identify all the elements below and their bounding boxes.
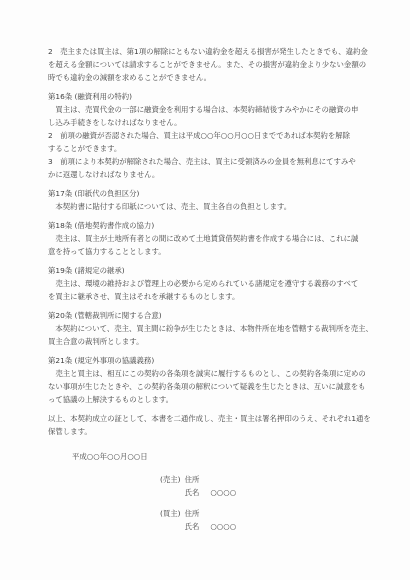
article-19: 第19条 (諸規定の継承) 売主は、環境の維持および管理上の必要から定められてい… <box>48 264 368 303</box>
article-16-body: 買主は、売買代金の一部に融資金を利用する場合は、本契約締結後すみやかにその融資の… <box>48 103 368 181</box>
article-20-heading: 第20条 (管轄裁判所に関する合意) <box>48 309 368 322</box>
clause-2-penalty-limitation: 2 売主または買主は、第1項の解除にともない違約金を超える損害が発生したときでも… <box>48 45 368 84</box>
buyer-party-label: (買主) <box>160 507 181 520</box>
article-17: 第17条 (印紙代の負担区分) 本契約書に貼付する印紙については、売主、買主各自… <box>48 187 368 213</box>
signature-block: (売主) 住所 氏名 ○○○○ (買主) 住所 氏名 ○○○○ <box>160 473 368 533</box>
seller-party-label: (売主) <box>160 473 181 486</box>
seller-name-value: ○○○○ <box>210 486 236 499</box>
buyer-name-value: ○○○○ <box>210 520 236 533</box>
article-20: 第20条 (管轄裁判所に関する合意) 本契約について、売主、買主間に紛争が生じた… <box>48 309 368 348</box>
article-19-heading: 第19条 (諸規定の継承) <box>48 264 368 277</box>
article-21-body: 売主と買主は、相互にこの契約の各条項を誠実に履行するものとし、この契約各条項に定… <box>48 367 368 406</box>
seller-name-label: 氏名 <box>185 486 200 499</box>
article-21-heading: 第21条 (規定外事項の協議義務) <box>48 354 368 367</box>
article-18: 第18条 (借地契約書作成の協力) 売主は、買主が土地所有者との間に改めて土地賃… <box>48 219 368 258</box>
contract-document-page: 2 売主または買主は、第1項の解除にともない違約金を超える損害が発生したときでも… <box>0 0 410 580</box>
seller-name-row: 氏名 ○○○○ <box>185 486 237 499</box>
closing-statement: 以上、本契約成立の証として、本書を二通作成し、売主・買主は署名押印のうえ、それぞ… <box>48 412 368 438</box>
seller-signature-fields: 住所 氏名 ○○○○ <box>185 473 237 499</box>
contract-date: 平成○○年○○月○○日 <box>72 450 368 463</box>
article-16-heading: 第16条 (融資利用の特約) <box>48 90 368 103</box>
signature-buyer: (買主) 住所 氏名 ○○○○ <box>160 507 368 533</box>
article-19-body: 売主は、環境の維持および管理上の必要から定められている諸規定を遵守する義務のすべ… <box>48 277 368 303</box>
buyer-name-row: 氏名 ○○○○ <box>185 520 237 533</box>
article-16: 第16条 (融資利用の特約) 買主は、売買代金の一部に融資金を利用する場合は、本… <box>48 90 368 181</box>
buyer-signature-fields: 住所 氏名 ○○○○ <box>185 507 237 533</box>
buyer-address-label: 住所 <box>185 507 237 520</box>
buyer-name-label: 氏名 <box>185 520 200 533</box>
signature-seller: (売主) 住所 氏名 ○○○○ <box>160 473 368 499</box>
article-17-heading: 第17条 (印紙代の負担区分) <box>48 187 368 200</box>
article-18-body: 売主は、買主が土地所有者との間に改めて土地賃貸借契約書を作成する場合には、これに… <box>48 232 368 258</box>
article-18-heading: 第18条 (借地契約書作成の協力) <box>48 219 368 232</box>
seller-address-label: 住所 <box>185 473 237 486</box>
article-21: 第21条 (規定外事項の協議義務) 売主と買主は、相互にこの契約の各条項を誠実に… <box>48 354 368 406</box>
article-20-body: 本契約について、売主、買主間に紛争が生じたときは、本物件所在地を管轄する裁判所を… <box>48 322 368 348</box>
article-17-body: 本契約書に貼付する印紙については、売主、買主各自の負担とします。 <box>48 200 368 213</box>
